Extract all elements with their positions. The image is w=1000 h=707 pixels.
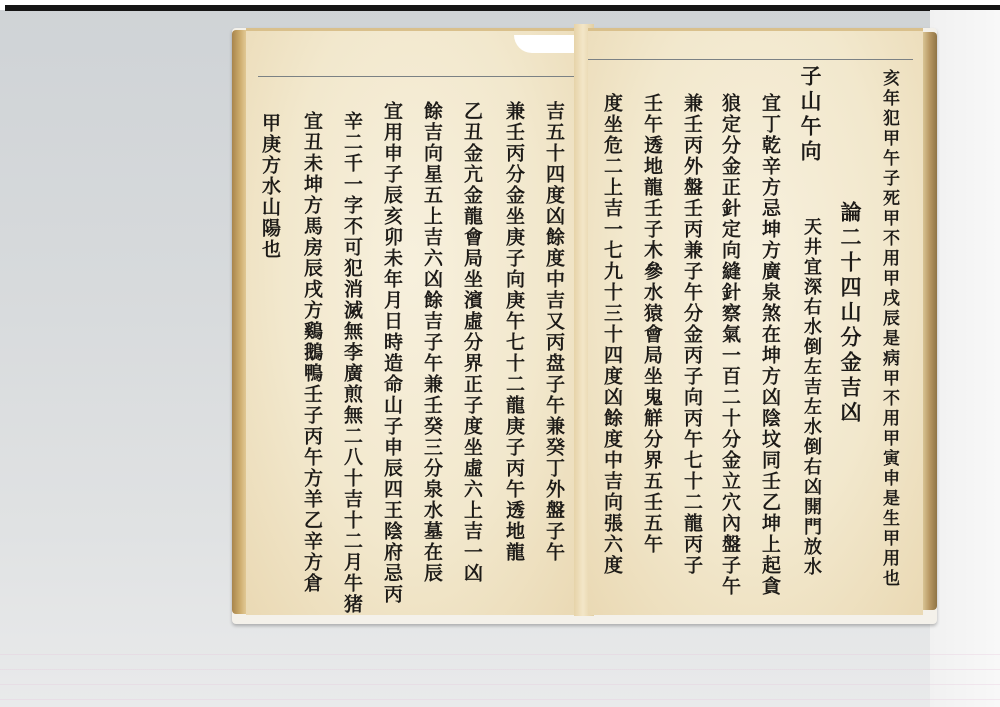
scan-artifact-lines xyxy=(0,640,1000,700)
manuscript-column: 天井宜深右水倒左吉左水倒右凶開門放水 xyxy=(802,217,820,577)
top-rule-line xyxy=(258,76,578,77)
manuscript-column: 餘吉向星五上吉六凶餘吉子午兼壬癸三分泉水墓在辰 xyxy=(422,101,441,584)
torn-paper-patch xyxy=(514,35,580,53)
right-page-edges xyxy=(923,32,937,610)
scanner-top-edge xyxy=(0,0,1000,10)
manuscript-column: 兼壬丙外盤壬丙兼子午分金丙子向丙午七十二龍丙子 xyxy=(682,93,701,576)
manuscript-column: 乙丑金亢金龍會局坐濱虛分界正子度坐虛六上吉一凶 xyxy=(462,101,481,584)
left-page: 吉五十四度凶餘度中吉又丙盘子午兼癸丁外盤子午 兼壬丙分金坐庚子向庚午七十二龍庚子… xyxy=(246,28,578,615)
manuscript-column: 兼壬丙分金坐庚子向庚午七十二龍庚子丙午透地龍 xyxy=(504,101,523,563)
manuscript-column: 狼定分金正針定向縫針察氣一百二十分金立穴內盤子午 xyxy=(720,93,739,597)
section-title: 子山午向 xyxy=(800,65,821,165)
manuscript-column: 亥年犯甲午子死甲不用甲戌辰是病甲不用甲寅申是生甲用也 xyxy=(880,69,897,589)
manuscript-column: 吉五十四度凶餘度中吉又丙盘子午兼癸丁外盤子午 xyxy=(544,101,563,563)
right-page: 亥年犯甲午子死甲不用甲戌辰是病甲不用甲寅申是生甲用也 論二十四山分金吉凶 子山午… xyxy=(588,28,923,615)
manuscript-book: 吉五十四度凶餘度中吉又丙盘子午兼癸丁外盤子午 兼壬丙分金坐庚子向庚午七十二龍庚子… xyxy=(232,22,937,624)
manuscript-column: 宜丁乾辛方忌坤方廣泉煞在坤方凶陰坟同壬乙坤上起貪 xyxy=(760,93,779,597)
manuscript-column: 辛二千一字不可犯消滅無李廣煎無二八十吉十二月牛猪 xyxy=(342,111,361,615)
top-rule-line xyxy=(588,59,913,60)
scanner-bed-right xyxy=(930,10,1000,707)
manuscript-column: 甲庚方水山陽也 xyxy=(260,113,279,260)
section-heading: 論二十四山分金吉凶 xyxy=(840,201,861,426)
manuscript-column: 宜丑未坤方馬房辰戌方鷄鵝鴨壬子丙午方羊乙辛方倉 xyxy=(302,111,321,594)
manuscript-column: 壬午透地龍壬子木參水猿會局坐鬼觧分界五壬五午 xyxy=(642,93,661,555)
manuscript-column: 度坐危二上吉一七九十三十四度凶餘度中吉向張六度 xyxy=(602,93,621,576)
manuscript-column: 宜用申子辰亥卯未年月日時造命山子申辰四王陰府忌丙 xyxy=(382,101,401,605)
